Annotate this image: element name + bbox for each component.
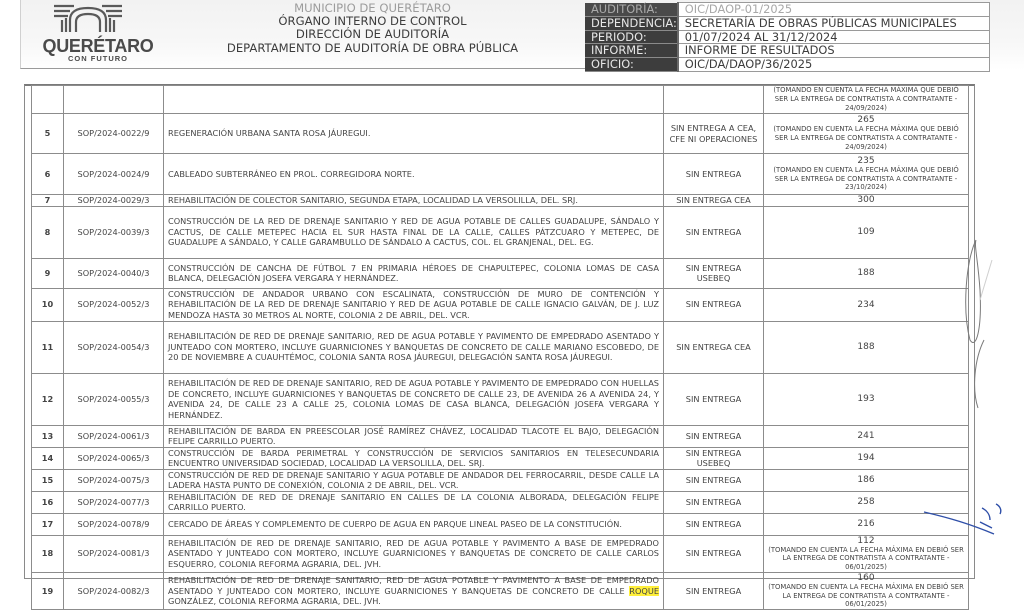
days-cell: 109 [764,206,969,258]
description-text: REHABILITACIÓN DE RED DE DRENAJE SANITAR… [168,575,659,596]
description-text: REHABILITACIÓN DE RED DE DRENAJE SANITAR… [168,538,659,569]
table-row: 10SOP/2024-0052/3CONSTRUCCIÓN DE ANDADOR… [32,288,969,321]
description-text: REHABILITACIÓN DE RED DE DRENAJE SANITAR… [168,331,659,362]
info-value: OIC/DA/DAOP/36/2025 [678,58,990,72]
table-row: 14SOP/2024-0065/3CONSTRUCCIÓN DE BARDA P… [32,447,969,469]
info-label: OFICIO: [585,58,678,72]
description-text: CABLEADO SUBTERRÁNEO EN PROL. CORREGIDOR… [168,169,415,179]
days-value: 194 [768,453,964,463]
info-label: PERIODO: [585,30,678,44]
continuation-row: (TOMANDO EN CUENTA LA FECHA MÁXIMA QUE D… [32,86,969,114]
days-value: 160 [768,573,964,583]
delivery-status: SIN ENTREGA [664,513,764,535]
audit-info-table: AUDITORÍA: OIC/DAOP-01/2025 DEPENDENCIA:… [585,2,990,72]
description-text: CONSTRUCCIÓN DE BARDA PERIMETRAL Y CONST… [168,448,659,469]
delivery-status: SIN ENTREGA [664,535,764,572]
table-row: 7SOP/2024-0029/3REHABILITACIÓN DE COLECT… [32,195,969,207]
work-description: CONSTRUCCIÓN DE CANCHA DE FÚTBOL 7 EN PR… [164,258,664,288]
delivery-status: SIN ENTREGA [664,373,764,425]
contract-code: SOP/2024-0054/3 [64,321,164,373]
days-cell: 235(TOMANDO EN CUENTA LA FECHA MÁXIMA QU… [764,154,969,195]
info-value: SECRETARÍA DE OBRAS PÚBLICAS MUNICIPALES [678,16,990,30]
description-text: REHABILITACIÓN DE RED DE DRENAJE SANITAR… [168,492,659,513]
contract-code: SOP/2024-0055/3 [64,373,164,425]
delivery-status: SIN ENTREGA CEA [664,195,764,207]
work-description: REGENERACIÓN URBANA SANTA ROSA JÁUREGUI. [164,114,664,154]
delivery-status: SIN ENTREGA [664,491,764,513]
description-text: REHABILITACIÓN DE BARDA EN PREESCOLAR JO… [168,426,659,447]
days-cell: 258 [764,491,969,513]
row-number: 8 [32,206,64,258]
days-cell: 194 [764,447,969,469]
days-value: 241 [768,431,964,441]
organization-block: MUNICIPIO DE QUERÉTARO ÓRGANO INTERNO DE… [160,2,585,55]
days-note: (TOMANDO EN CUENTA LA FECHA MÁXIMA EN DE… [768,546,964,572]
info-value: INFORME DE RESULTADOS [678,44,990,58]
table-row: 16SOP/2024-0077/3REHABILITACIÓN DE RED D… [32,491,969,513]
contract-code: SOP/2024-0075/3 [64,469,164,491]
table-row: 11SOP/2024-0054/3REHABILITACIÓN DE RED D… [32,321,969,373]
days-value: 188 [768,342,964,352]
table-row: 15SOP/2024-0075/3CONSTRUCCIÓN DE RED DE … [32,469,969,491]
contract-code: SOP/2024-0029/3 [64,195,164,207]
info-label: AUDITORÍA: [585,3,678,17]
days-cell: 186 [764,469,969,491]
row-number: 11 [32,321,64,373]
work-description: REHABILITACIÓN DE BARDA EN PREESCOLAR JO… [164,425,664,447]
work-description: REHABILITACIÓN DE RED DE DRENAJE SANITAR… [164,535,664,572]
days-cell: 300 [764,195,969,207]
work-description: CONSTRUCCIÓN DE RED DE DRENAJE SANITARIO… [164,469,664,491]
days-cell: 234 [764,288,969,321]
days-cell: 160(TOMANDO EN CUENTA LA FECHA MÁXIMA EN… [764,572,969,609]
row-number: 7 [32,195,64,207]
contract-code: SOP/2024-0022/9 [64,114,164,154]
contract-code: SOP/2024-0039/3 [64,206,164,258]
description-text: GONZÁLEZ, COLONIA REFORMA AGRARIA, DEL. … [168,596,381,606]
row-number: 13 [32,425,64,447]
info-row-dependencia: DEPENDENCIA: SECRETARÍA DE OBRAS PÚBLICA… [585,16,990,30]
contract-code: SOP/2024-0040/3 [64,258,164,288]
days-value: 300 [768,195,964,205]
table-row: 5SOP/2024-0022/9REGENERACIÓN URBANA SANT… [32,114,969,154]
days-value: 234 [768,300,964,310]
contract-code: SOP/2024-0052/3 [64,288,164,321]
table-row: 12SOP/2024-0055/3REHABILITACIÓN DE RED D… [32,373,969,425]
delivery-status: SIN ENTREGA CEA [664,321,764,373]
contract-code: SOP/2024-0078/9 [64,513,164,535]
description-text: CONSTRUCCIÓN DE RED DE DRENAJE SANITARIO… [168,470,659,491]
info-row-informe: INFORME: INFORME DE RESULTADOS [585,44,990,58]
days-value: 193 [768,394,964,404]
delivery-status: SIN ENTREGA A CEA, CFE NI OPERACIONES [664,114,764,154]
table-row: 6SOP/2024-0024/9CABLEADO SUBTERRÁNEO EN … [32,154,969,195]
info-row-auditoria: AUDITORÍA: OIC/DAOP-01/2025 [585,3,990,17]
days-note: (TOMANDO EN CUENTA LA FECHA MÁXIMA QUE D… [768,86,964,112]
info-label: INFORME: [585,44,678,58]
work-description: CABLEADO SUBTERRÁNEO EN PROL. CORREGIDOR… [164,154,664,195]
row-number: 18 [32,535,64,572]
description-text: REHABILITACIÓN DE RED DE DRENAJE SANITAR… [168,378,659,420]
days-value: 235 [768,156,964,166]
table-row: 17SOP/2024-0078/9CERCADO DE ÁREAS Y COMP… [32,513,969,535]
row-number: 6 [32,154,64,195]
delivery-status: SIN ENTREGA [664,154,764,195]
contract-code: SOP/2024-0077/3 [64,491,164,513]
contract-code: SOP/2024-0082/3 [64,572,164,609]
contract-code: SOP/2024-0024/9 [64,154,164,195]
contract-code: SOP/2024-0081/3 [64,535,164,572]
row-number: 16 [32,491,64,513]
days-note: (TOMANDO EN CUENTA LA FECHA MÁXIMA QUE D… [768,166,964,192]
days-cell: 188 [764,321,969,373]
highlighted-text: ROQUE [629,586,659,596]
row-number: 19 [32,572,64,609]
table-row: 19SOP/2024-0082/3REHABILITACIÓN DE RED D… [32,572,969,609]
table-row: 13SOP/2024-0061/3REHABILITACIÓN DE BARDA… [32,425,969,447]
work-description: REHABILITACIÓN DE RED DE DRENAJE SANITAR… [164,572,664,609]
info-row-oficio: OFICIO: OIC/DA/DAOP/36/2025 [585,58,990,72]
days-value: 216 [768,519,964,529]
row-number: 15 [32,469,64,491]
days-value: 186 [768,475,964,485]
row-number: 17 [32,513,64,535]
days-value: 109 [768,227,964,237]
days-note: (TOMANDO EN CUENTA LA FECHA MÁXIMA QUE D… [768,125,964,151]
queretaro-logo: QUERÉTARO CON FUTURO [38,2,158,64]
work-description: CERCADO DE ÁREAS Y COMPLEMENTO DE CUERPO… [164,513,664,535]
work-description: REHABILITACIÓN DE RED DE DRENAJE SANITAR… [164,321,664,373]
delivery-status: SIN ENTREGA [664,425,764,447]
days-cell: 188 [764,258,969,288]
days-note: (TOMANDO EN CUENTA LA FECHA MÁXIMA EN DE… [768,583,964,609]
days-value: 112 [768,536,964,546]
description-text: CONSTRUCCIÓN DE ANDADOR URBANO CON ESCAL… [168,289,659,320]
delivery-status: SIN ENTREGA USEBEQ [664,447,764,469]
days-cell: 112(TOMANDO EN CUENTA LA FECHA MÁXIMA EN… [764,535,969,572]
days-value: 265 [768,115,964,125]
description-text: REHABILITACIÓN DE COLECTOR SANITARIO, SE… [168,195,578,205]
row-number: 12 [32,373,64,425]
logo-tagline: CON FUTURO [38,54,158,63]
contract-code: SOP/2024-0061/3 [64,425,164,447]
delivery-status: SIN ENTREGA USEBEQ [664,258,764,288]
days-value: 258 [768,497,964,507]
contract-code: SOP/2024-0065/3 [64,447,164,469]
row-number: 14 [32,447,64,469]
work-description: CONSTRUCCIÓN DE LA RED DE DRENAJE SANITA… [164,206,664,258]
org-line-department: DEPARTAMENTO DE AUDITORÍA DE OBRA PÚBLIC… [160,42,585,55]
work-description: CONSTRUCCIÓN DE ANDADOR URBANO CON ESCAL… [164,288,664,321]
days-cell: 265(TOMANDO EN CUENTA LA FECHA MÁXIMA QU… [764,114,969,154]
works-table: (TOMANDO EN CUENTA LA FECHA MÁXIMA QUE D… [31,85,969,610]
table-row: 9SOP/2024-0040/3CONSTRUCCIÓN DE CANCHA D… [32,258,969,288]
info-value: OIC/DAOP-01/2025 [678,3,990,17]
row-number: 5 [32,114,64,154]
info-label: DEPENDENCIA: [585,16,678,30]
days-cell: 241 [764,425,969,447]
info-value: 01/07/2024 AL 31/12/2024 [678,30,990,44]
description-text: REGENERACIÓN URBANA SANTA ROSA JÁUREGUI. [168,128,370,138]
days-cell: 216 [764,513,969,535]
description-text: CERCADO DE ÁREAS Y COMPLEMENTO DE CUERPO… [168,519,622,529]
description-text: CONSTRUCCIÓN DE CANCHA DE FÚTBOL 7 EN PR… [168,263,659,284]
org-line-direction: DIRECCIÓN DE AUDITORÍA [160,28,585,41]
table-row: 8SOP/2024-0039/3CONSTRUCCIÓN DE LA RED D… [32,206,969,258]
days-cell: 193 [764,373,969,425]
work-description: REHABILITACIÓN DE RED DE DRENAJE SANITAR… [164,491,664,513]
info-row-periodo: PERIODO: 01/07/2024 AL 31/12/2024 [585,30,990,44]
delivery-status: SIN ENTREGA [664,288,764,321]
table-row: 18SOP/2024-0081/3REHABILITACIÓN DE RED D… [32,535,969,572]
description-text: CONSTRUCCIÓN DE LA RED DE DRENAJE SANITA… [168,216,659,247]
row-number: 10 [32,288,64,321]
delivery-status: SIN ENTREGA [664,206,764,258]
aqueduct-logo-icon [48,2,128,32]
delivery-status: SIN ENTREGA [664,572,764,609]
work-description: REHABILITACIÓN DE COLECTOR SANITARIO, SE… [164,195,664,207]
work-description: REHABILITACIÓN DE RED DE DRENAJE SANITAR… [164,373,664,425]
row-number: 9 [32,258,64,288]
delivery-status: SIN ENTREGA [664,469,764,491]
work-description: CONSTRUCCIÓN DE BARDA PERIMETRAL Y CONST… [164,447,664,469]
days-value: 188 [768,268,964,278]
